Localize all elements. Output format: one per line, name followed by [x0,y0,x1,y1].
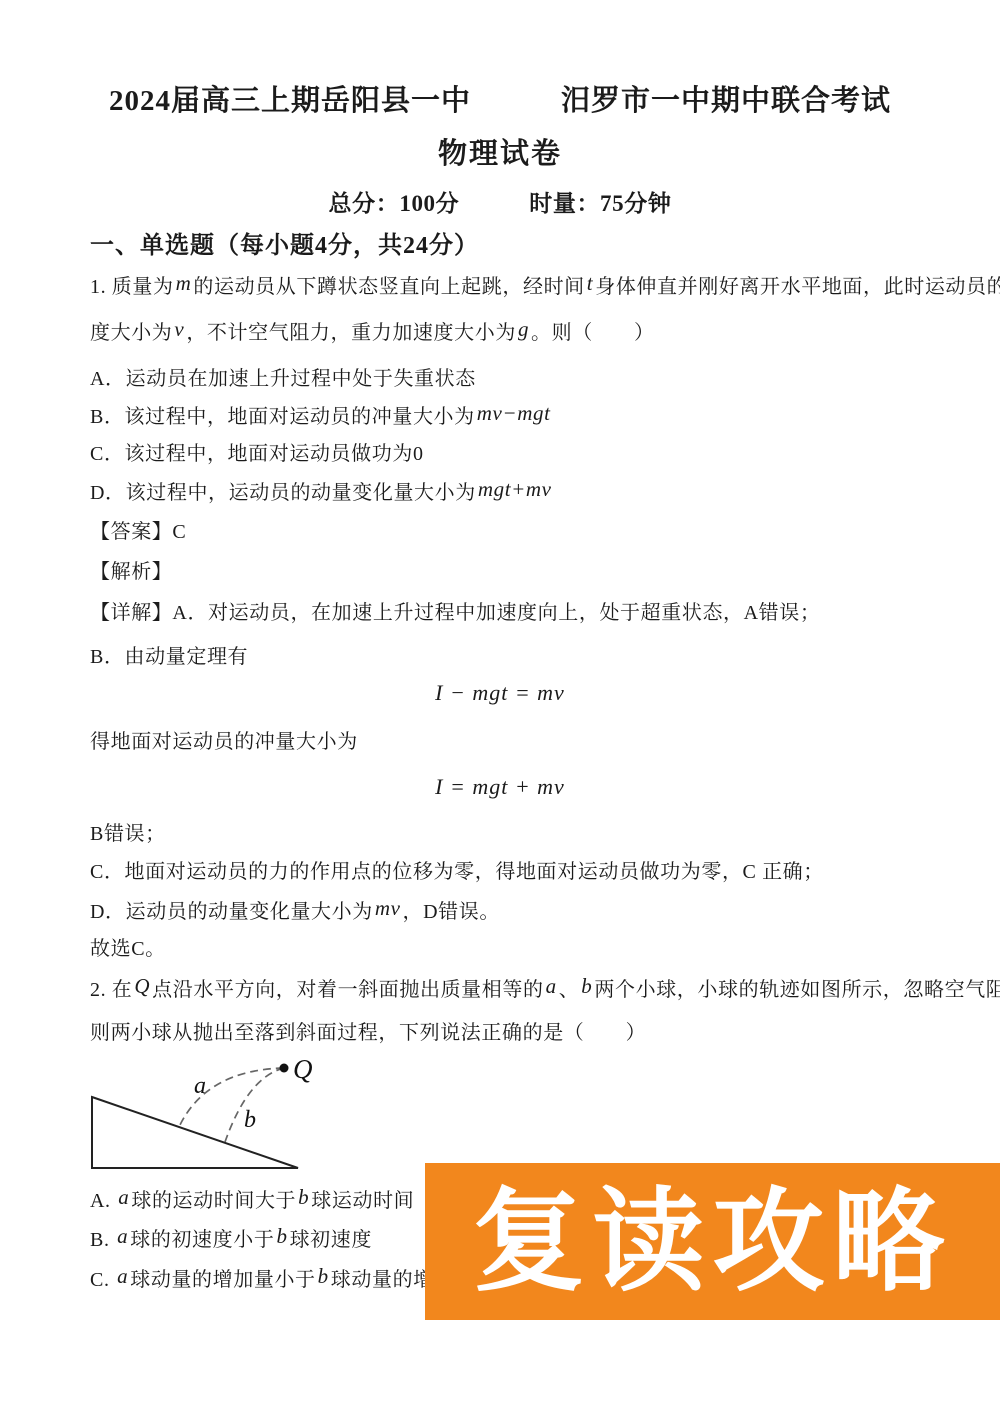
q1-analysis-label: 【解析】 [90,557,920,587]
q1-detail-4: B错误； [90,819,920,849]
incline-triangle [92,1097,298,1168]
q1-detail-7: 故选C。 [90,934,920,964]
q1-answer: 【答案】C [90,517,920,547]
q1-detail-3: 得地面对运动员的冲量大小为 [90,727,920,757]
q1-stem-line1: 1. 质量为m的运动员从下蹲状态竖直向上起跳，经时间t身体伸直并刚好离开水平地面… [90,271,920,302]
q1-detail-6: D．运动员的动量变化量大小为mv，D错误。 [90,896,920,927]
q1-detail-1: 【详解】A．对运动员，在加速上升过程中加速度向上，处于超重状态，A错误； [90,598,920,628]
point-q-dot [280,1064,289,1073]
section-heading: 一、单选题（每小题4分，共24分） [90,231,920,261]
exam-page: 2024届高三上期岳阳县一中 汨罗市一中期中联合考试 物理试卷 总分：100分 … [0,0,1000,1414]
q2-stem-line1: 2. 在Q点沿水平方向，对着一斜面抛出质量相等的a、b两个小球，小球的轨迹如图所… [90,974,920,1005]
promo-banner: 复读攻略 [425,1163,1000,1320]
q2-incline-figure: Q a b [88,1050,323,1182]
figure-label-q: Q [293,1054,313,1084]
q1-detail-2: B．由动量定理有 [90,642,920,672]
q1-stem-line2: 度大小为v，不计空气阻力，重力加速度大小为g。则（ ） [90,317,920,348]
q1-option-d: D．该过程中，运动员的动量变化量大小为mgt+mv [90,477,920,508]
q1-option-c: C．该过程中，地面对运动员做功为0 [90,439,920,469]
q1-formula-1: I − mgt = mv [0,678,1000,708]
q1-option-a: A．运动员在加速上升过程中处于失重状态 [90,364,920,394]
q1-option-b: B．该过程中，地面对运动员的冲量大小为mv−mgt [90,401,920,432]
q1-detail-5: C．地面对运动员的力的作用点的位移为零，得地面对运动员做功为零，C 正确； [90,857,920,887]
exam-title: 2024届高三上期岳阳县一中 汨罗市一中期中联合考试 [0,86,1000,116]
figure-label-a: a [194,1073,206,1099]
duration: 时量：75分钟 [529,189,671,219]
q1-formula-2: I = mgt + mv [0,772,1000,802]
exam-subtitle: 物理试卷 [0,139,1000,169]
promo-banner-text: 复读攻略 [473,1186,953,1298]
figure-label-b: b [244,1107,256,1133]
exam-meta: 总分：100分 时量：75分钟 [0,189,1000,219]
total-score: 总分：100分 [329,189,460,219]
q2-stem-line2: 则两小球从抛出至落到斜面过程，下列说法正确的是（ ） [90,1018,920,1048]
